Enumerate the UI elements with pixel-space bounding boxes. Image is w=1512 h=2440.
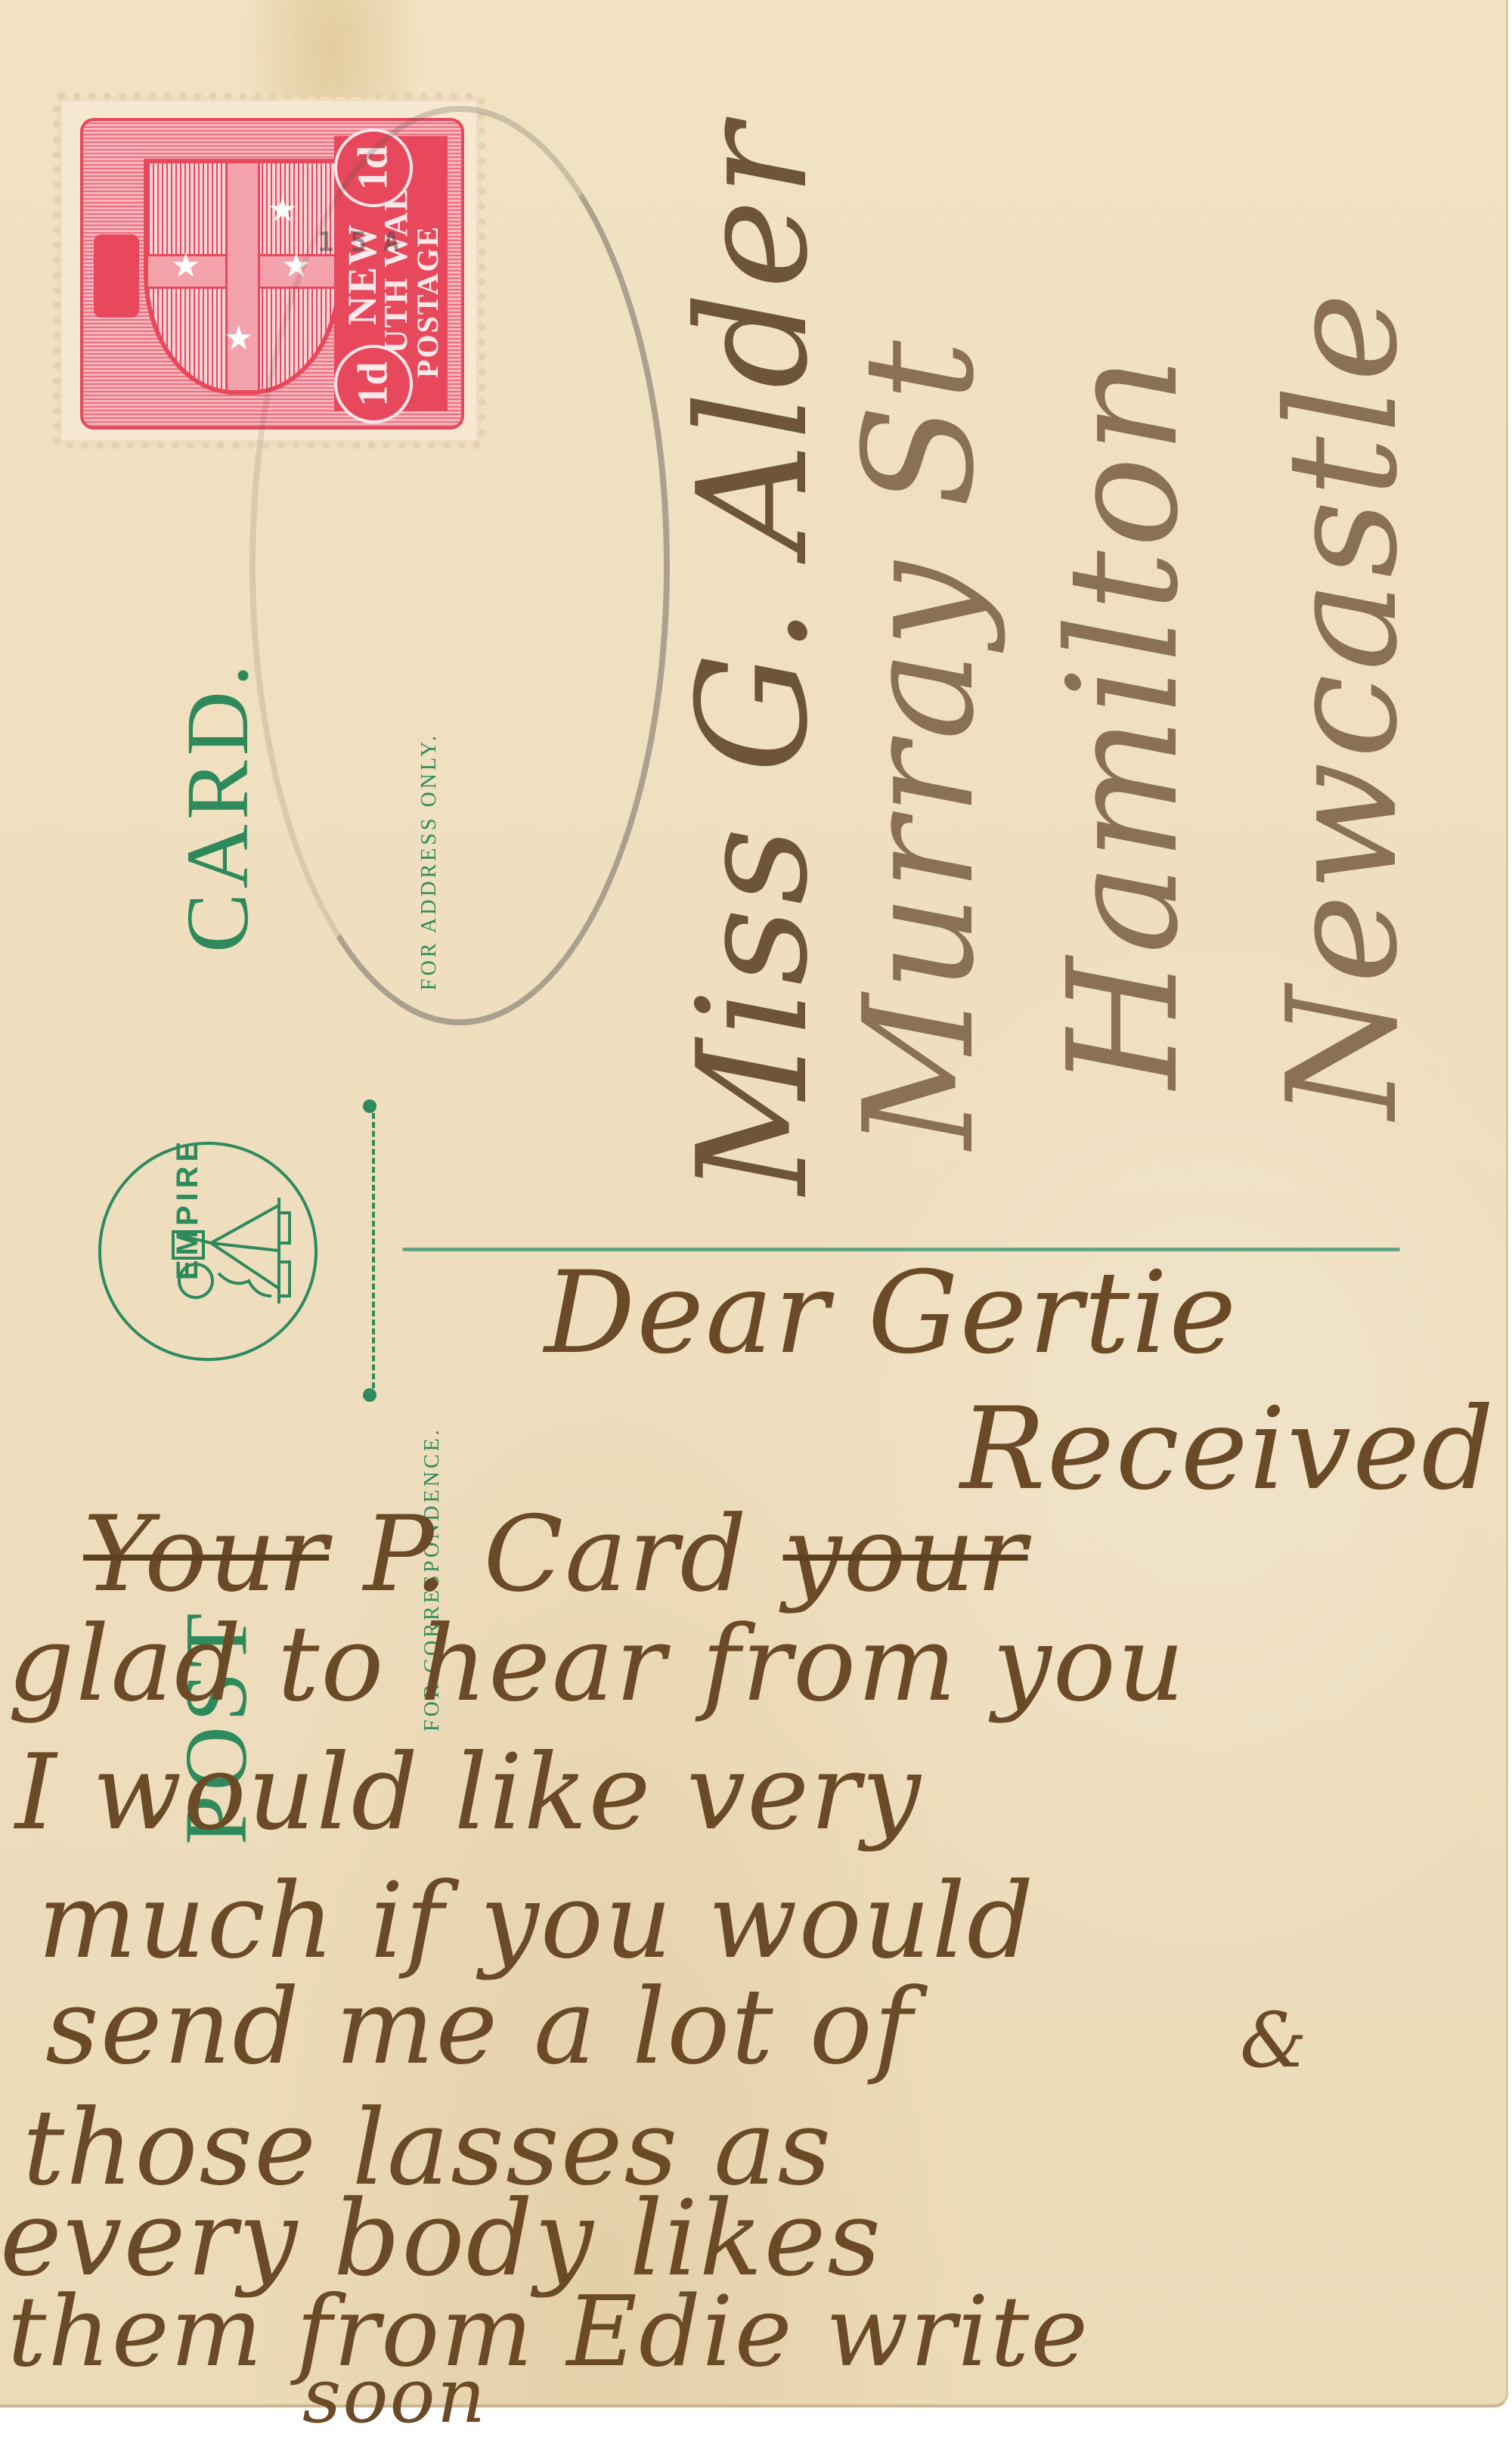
message-line: send me a lot of: [45, 1966, 914, 2088]
card-title: CARD.: [166, 660, 269, 953]
struck-word: your: [783, 1493, 1028, 1615]
empire-seal: EMPIRE: [98, 1142, 318, 1361]
message-line: Received: [960, 1384, 1495, 1515]
star-icon: ★: [268, 194, 297, 227]
crown-icon: [94, 234, 139, 318]
address-line-city: Newcastle: [1255, 290, 1431, 1119]
struck-word: Your: [83, 1493, 329, 1615]
message-ampersand: &: [1240, 1996, 1309, 2085]
message-line: I would like very: [15, 1732, 922, 1853]
address-line-street: Murray St: [832, 337, 1008, 1149]
message-line: much if you would: [38, 1860, 1035, 1982]
star-icon: ★: [171, 250, 200, 283]
postcard: ★ ★ ★ ★ NEW SOUTH WALES POSTAGE 1d 1d 1 …: [0, 0, 1508, 2407]
britannia-figure-icon: [166, 1190, 294, 1311]
message-line: Your P. Card your: [83, 1493, 1027, 1615]
address-line-name: Miss G. Alder: [665, 121, 841, 1195]
message-line: them from Edie write: [8, 2276, 1089, 2389]
star-icon: ★: [224, 322, 253, 355]
message-line: soon: [302, 2352, 487, 2413]
address-line-suburb: Hamilton: [1036, 353, 1212, 1089]
message-salutation: Dear Gertie: [544, 1248, 1238, 1379]
divider-bracket: [361, 1104, 375, 1397]
address-only-label: FOR ADDRESS ONLY.: [417, 733, 442, 991]
message-line: glad to hear from you: [8, 1603, 1186, 1725]
postmark-text: 1 5 A: [318, 227, 399, 258]
postmark-circle: [249, 106, 670, 1025]
